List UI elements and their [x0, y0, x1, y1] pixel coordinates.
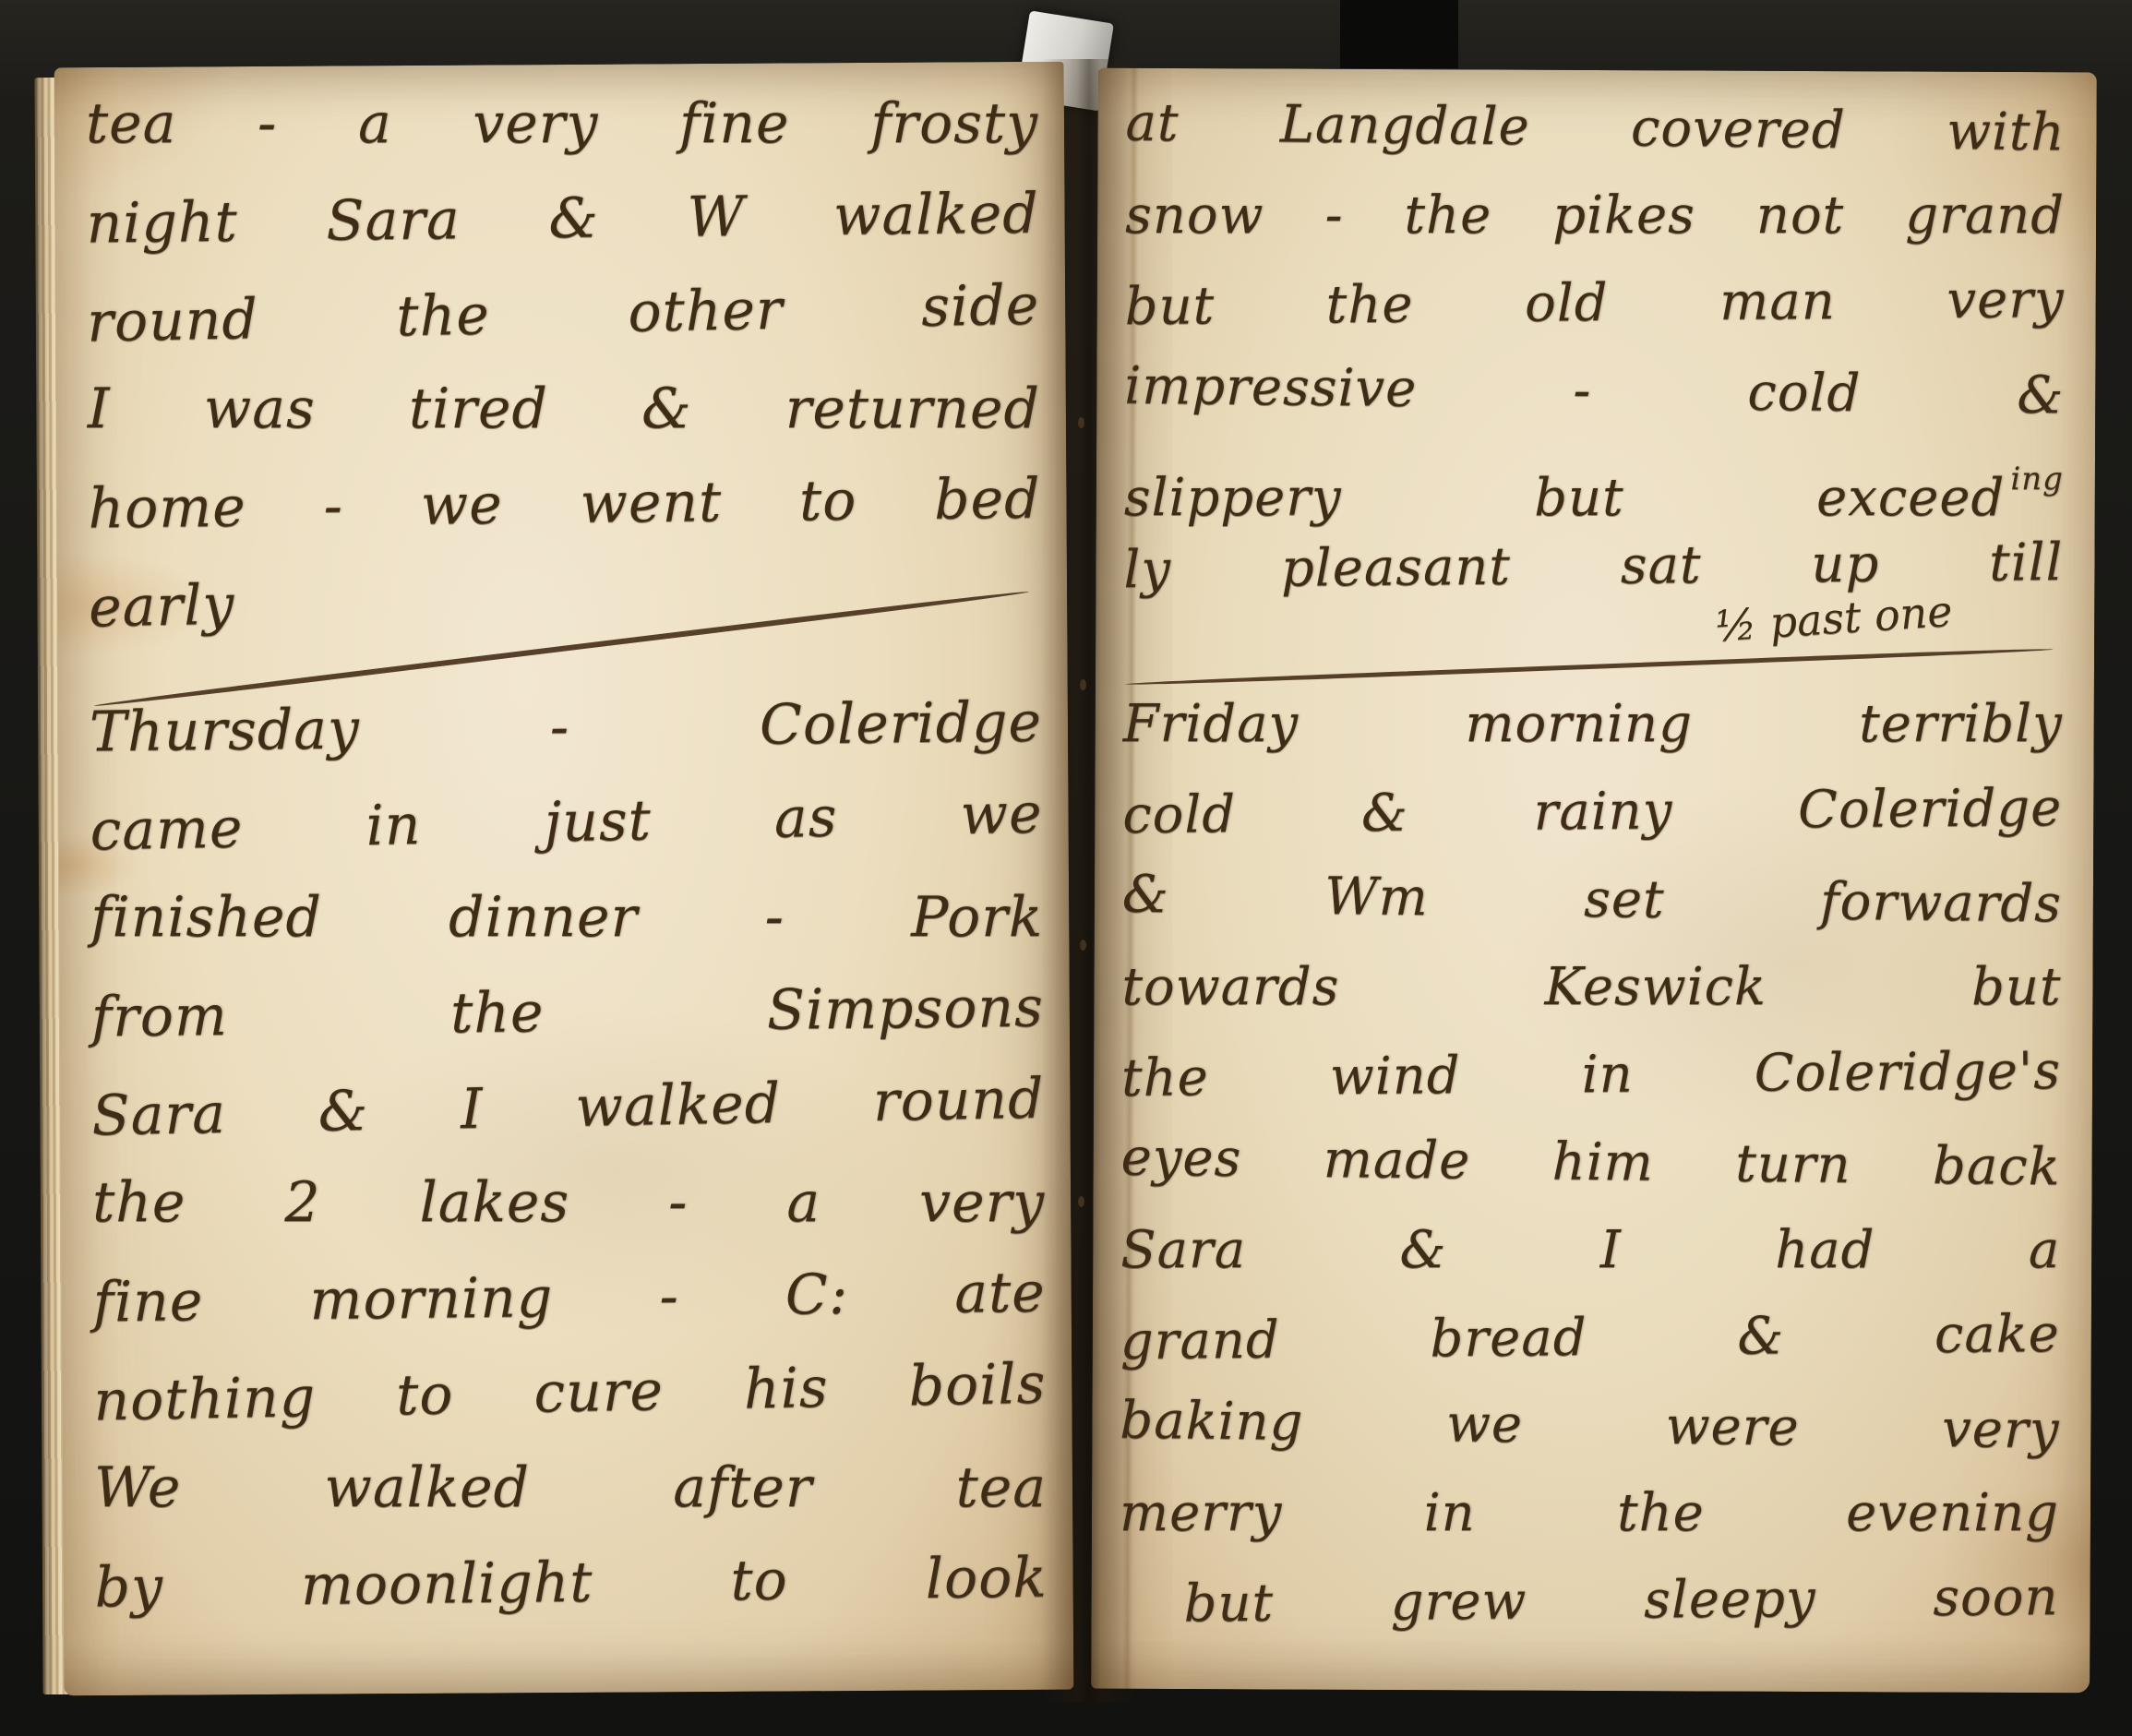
handwriting-text: round the other side: [87, 273, 1040, 355]
handwriting-line: merry in the evening: [1120, 1472, 2059, 1560]
handwriting-line: Thursday - Coleridge: [90, 678, 1043, 784]
handwriting-text: snow - the pikes not grand: [1125, 186, 2065, 245]
right_page-entry-separator: ½ past one: [1123, 615, 2063, 685]
handwriting-line: home - we went to bed: [88, 455, 1041, 560]
handwriting-line: Sara & I had a: [1120, 1209, 2060, 1297]
handwriting-text: Friday morning terribly: [1123, 694, 2063, 754]
handwriting-text: by moonlight to look: [94, 1546, 1048, 1621]
handwriting-text: finished dinner - Pork: [90, 885, 1043, 950]
handwriting-text: but grew sleepy soon: [1183, 1567, 2058, 1634]
stitch-hole: [1078, 1196, 1084, 1207]
separator-rule: [1125, 647, 2053, 687]
handwriting-line: from the Simpsons: [90, 964, 1044, 1069]
handwriting-line: Sara & I walked round: [91, 1055, 1046, 1167]
right-page: at Langdale covered withsnow - the pikes…: [1091, 68, 2097, 1694]
handwriting-text: Sara & I had a: [1120, 1220, 2060, 1280]
handwriting-text: eyes made him turn back: [1120, 1128, 2061, 1198]
handwriting-line: tea - a very fine frosty: [86, 79, 1038, 174]
handwriting-line: but grew sleepy soon: [1119, 1556, 2059, 1651]
handwriting-text: I was tired & returned: [88, 377, 1040, 441]
handwriting-line: the 2 lakes - a very: [92, 1158, 1045, 1253]
handwriting-text: from the Simpsons: [91, 976, 1045, 1050]
handwriting-line: & Wm set forwards: [1121, 854, 2062, 952]
handwriting-line: nothing to cure his boils: [93, 1340, 1048, 1453]
handwriting-line: by moonlight to look: [94, 1534, 1048, 1639]
handwriting-line: impressive - cold &: [1124, 345, 2065, 443]
handwriting-text: the 2 lakes - a very: [92, 1170, 1045, 1235]
handwriting-text: but the old man very: [1124, 269, 2064, 337]
handwriting-text: home - we went to bed: [88, 467, 1041, 542]
handwriting-line: night Sara & W walked: [86, 170, 1039, 275]
handwriting-line: but the old man very: [1124, 258, 2065, 353]
handwriting-line: slippery but exceeding: [1124, 437, 2064, 525]
handwriting-line: towards Keswick but: [1121, 946, 2061, 1034]
handwriting-text: the wind in Coleridge's: [1121, 1041, 2061, 1108]
stitch-hole: [1078, 417, 1084, 428]
handwriting-text: merry in the evening: [1120, 1483, 2059, 1543]
handwriting-line: grand bread & cake: [1120, 1293, 2060, 1388]
handwriting-line: fine morning - C: ate: [92, 1249, 1046, 1354]
handwriting-text: night Sara & W walked: [86, 182, 1039, 257]
handwriting-text: slippery but exceed: [1124, 468, 2005, 528]
handwriting-line: came in just as we: [90, 770, 1044, 882]
handwriting-line: We walked after tea: [94, 1443, 1047, 1538]
handwriting-line: baking we were very: [1120, 1380, 2060, 1478]
right-page-text: at Langdale covered withsnow - the pikes…: [1119, 85, 2065, 1649]
handwriting-line: snow - the pikes not grand: [1125, 174, 2065, 262]
left-page: tea - a very fine frostynight Sara & W w…: [54, 62, 1074, 1696]
handwriting-text: Sara & I walked round: [91, 1067, 1045, 1149]
handwriting-line: the wind in Coleridge's: [1121, 1030, 2062, 1125]
handwriting-text: grand bread & cake: [1120, 1304, 2060, 1371]
handwriting-text: We walked after tea: [94, 1455, 1047, 1520]
handwriting-text: baking we were very: [1120, 1391, 2060, 1461]
handwriting-line: finished dinner - Pork: [90, 873, 1043, 968]
handwriting-text: at Langdale covered with: [1125, 93, 2066, 163]
handwriting-text: Thursday - Coleridge: [90, 690, 1043, 765]
left_page-entry-separator: [89, 616, 1041, 686]
handwriting-text: towards Keswick but: [1121, 957, 2061, 1017]
left-page-text: tea - a very fine frostynight Sara & W w…: [86, 77, 1048, 1636]
handwriting-line: I was tired & returned: [88, 365, 1040, 460]
background-notch: [1340, 0, 1458, 68]
superscript-text: ing: [2010, 461, 2064, 497]
stitch-hole: [1080, 679, 1086, 690]
handwriting-line: Friday morning terribly: [1123, 683, 2063, 771]
handwriting-line: eyes made him turn back: [1120, 1117, 2061, 1215]
handwriting-text: fine morning - C: ate: [92, 1261, 1046, 1335]
stitch-hole: [1080, 940, 1086, 951]
binding-gutter: [1041, 59, 1137, 1702]
handwriting-text: nothing to cure his boils: [93, 1352, 1047, 1434]
handwriting-text: & Wm set forwards: [1122, 865, 2063, 935]
handwriting-text: came in just as we: [90, 782, 1043, 864]
handwriting-text: tea - a very fine frosty: [86, 91, 1038, 156]
manuscript-photo: tea - a very fine frostynight Sara & W w…: [0, 0, 2132, 1736]
handwriting-line: cold & rainy Coleridge: [1122, 767, 2063, 862]
handwriting-line: at Langdale covered with: [1125, 82, 2066, 180]
handwriting-text: cold & rainy Coleridge: [1122, 778, 2062, 845]
handwriting-text: impressive - cold &: [1124, 356, 2065, 426]
handwriting-line: round the other side: [86, 261, 1040, 374]
